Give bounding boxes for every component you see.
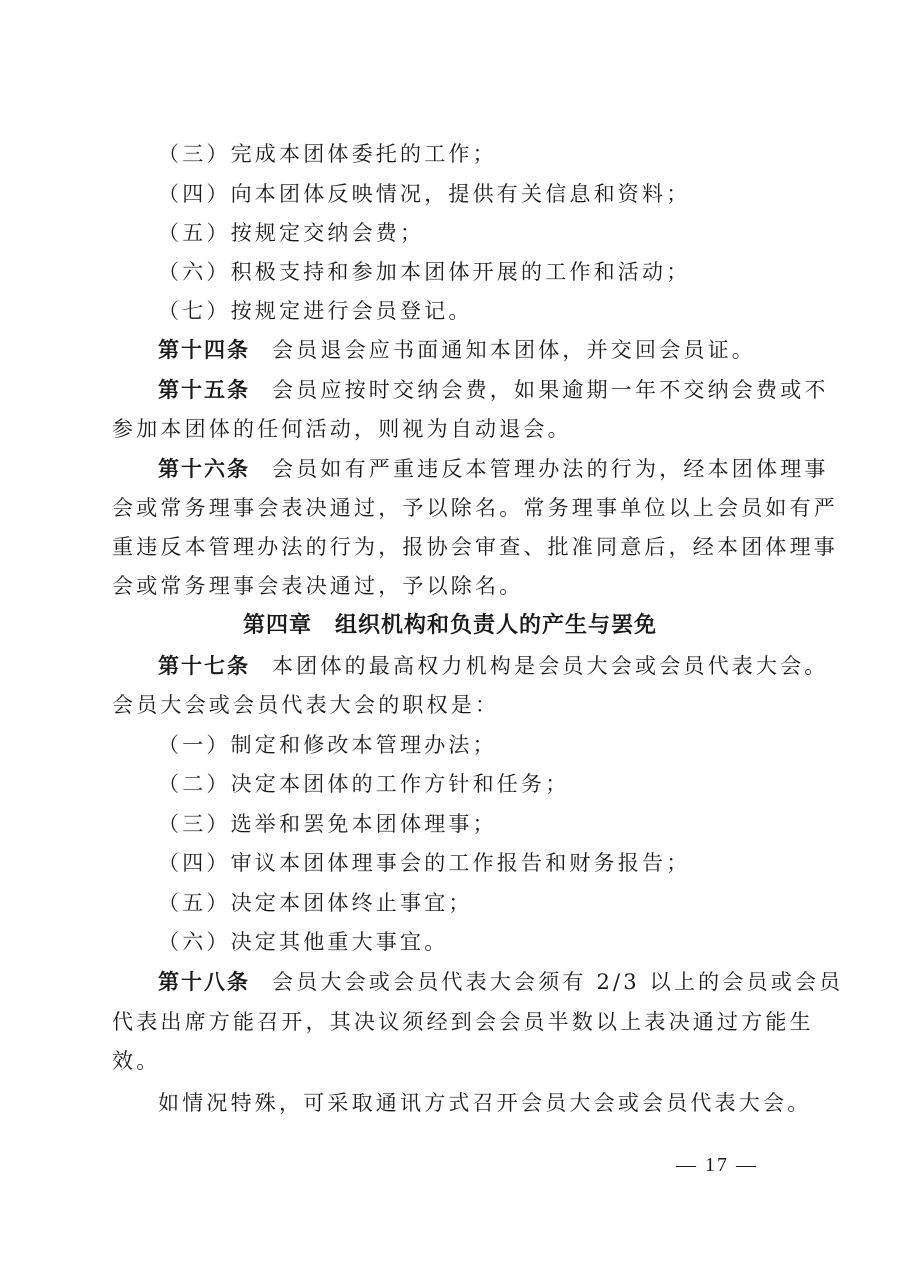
article-15: 第十五条会员应按时交纳会费，如果逾期一年不交纳会费或不 <box>158 376 829 404</box>
power-item-5: （五）决定本团体终止事宜； <box>158 889 473 917</box>
article-14-label: 第十四条 <box>158 338 250 362</box>
article-15-cont-1: 参加本团体的任何活动，则视为自动退会。 <box>112 415 572 443</box>
document-page: （三）完成本团体委托的工作； （四）向本团体反映情况，提供有关信息和资料； （五… <box>0 0 900 1273</box>
article-18-cont-2: 效。 <box>112 1047 160 1075</box>
power-item-3: （三）选举和罢免本团体理事； <box>158 810 497 838</box>
page-number: — 17 — <box>676 1152 758 1178</box>
article-16-text: 会员如有严重违反本管理办法的行为，经本团体理事 <box>272 457 829 481</box>
article-14-text: 会员退会应书面通知本团体，并交回会员证。 <box>272 338 756 362</box>
article-16: 第十六条会员如有严重违反本管理办法的行为，经本团体理事 <box>158 455 829 483</box>
article-15-label: 第十五条 <box>158 378 250 402</box>
article-17-cont-1: 会员大会或会员代表大会的职权是： <box>112 691 499 719</box>
duty-item-7: （七）按规定进行会员登记。 <box>158 297 473 325</box>
power-item-1: （一）制定和修改本管理办法； <box>158 731 497 759</box>
duty-item-5: （五）按规定交纳会费； <box>158 219 424 247</box>
duty-item-4: （四）向本团体反映情况，提供有关信息和资料； <box>158 180 690 208</box>
article-16-cont-2: 重违反本管理办法的行为，报协会审查、批准同意后，经本团体理事 <box>112 533 838 561</box>
article-17: 第十七条本团体的最高权力机构是会员大会或会员代表大会。 <box>158 652 829 680</box>
article-18-label: 第十八条 <box>158 970 250 994</box>
article-14: 第十四条会员退会应书面通知本团体，并交回会员证。 <box>158 336 756 364</box>
article-16-cont-1: 会或常务理事会表决通过，予以除名。常务理事单位以上会员如有严 <box>112 494 838 522</box>
article-16-label: 第十六条 <box>158 457 250 481</box>
article-15-text: 会员应按时交纳会费，如果逾期一年不交纳会费或不 <box>272 378 829 402</box>
article-18-text: 会员大会或会员代表大会须有 2/3 以上的会员或会员 <box>272 970 843 994</box>
chapter-heading: 第四章 组织机构和负责人的产生与罢免 <box>0 612 900 640</box>
article-17-label: 第十七条 <box>158 654 250 678</box>
duty-item-6: （六）积极支持和参加本团体开展的工作和活动； <box>158 258 690 286</box>
article-17-text: 本团体的最高权力机构是会员大会或会员代表大会。 <box>272 654 829 678</box>
article-16-cont-3: 会或常务理事会表决通过，予以除名。 <box>112 572 523 600</box>
power-item-6: （六）决定其他重大事宜。 <box>158 928 448 956</box>
special-case-paragraph: 如情况特殊，可采取通讯方式召开会员大会或会员代表大会。 <box>158 1089 811 1117</box>
duty-item-3: （三）完成本团体委托的工作； <box>158 140 497 168</box>
power-item-4: （四）审议本团体理事会的工作报告和财务报告； <box>158 849 690 877</box>
article-18-cont-1: 代表出席方能召开，其决议须经到会会员半数以上表决通过方能生 <box>112 1008 814 1036</box>
article-18: 第十八条会员大会或会员代表大会须有 2/3 以上的会员或会员 <box>158 968 843 996</box>
power-item-2: （二）决定本团体的工作方针和任务； <box>158 770 569 798</box>
